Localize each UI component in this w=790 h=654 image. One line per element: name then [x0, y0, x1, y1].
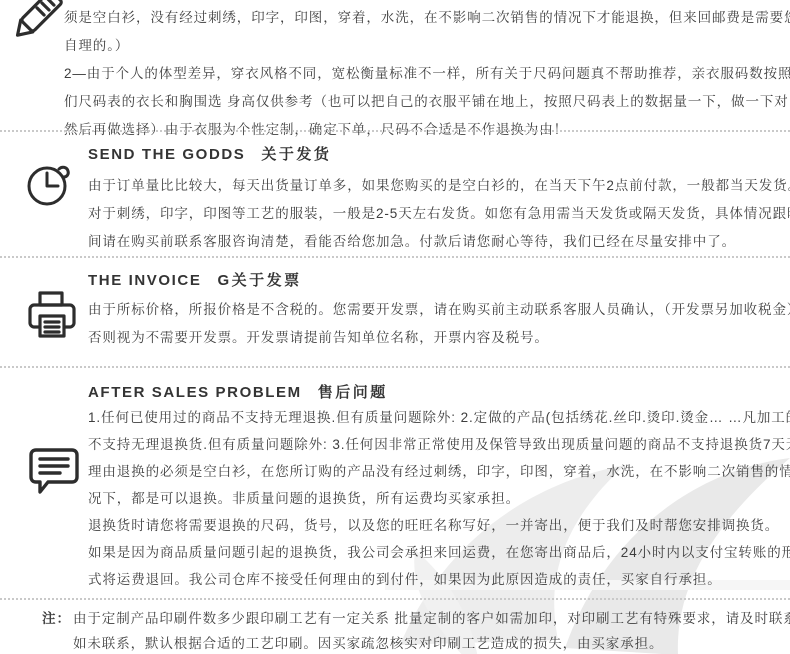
content-area: 须是空白衫，没有经过刺绣，印字，印图，穿着，水洗，在不影响二次销售的情况下才能退…	[0, 0, 790, 654]
text-line: 理由退换的必须是空白衫，在您所订购的产品没有经过刺绣，印字，印图，穿着，水洗，在…	[88, 458, 790, 485]
chat-bubble-icon	[26, 444, 82, 500]
text-line: 如果是因为商品质量问题引起的退换货，我公司会承担来回运费，在您寄出商品后，24小…	[88, 539, 790, 566]
aftersales-paragraph: 1.任何已使用过的商品不支持无理退换.但有质量问题除外: 2.定做的产品(包括绣…	[88, 404, 790, 593]
text-line: 须是空白衫，没有经过刺绣，印字，印图，穿着，水洗，在不影响二次销售的情况下才能退…	[64, 4, 790, 32]
text-line: 退换货时请您将需要退换的尺码，货号，以及您的旺旺名称写好，一并寄出，便于我们及时…	[88, 512, 790, 539]
note-lines: 由于定制产品印刷件数多少跟印刷工艺有一定关系 批量定制的客户如需加印，对印刷工艺…	[73, 606, 790, 654]
text-line: 式将运费退回。我公司仓库不接受任何理由的到付件，如果因为此原因造成的责任，买家自…	[88, 566, 790, 593]
dotted-divider	[0, 130, 790, 132]
section-title-shipping: SEND THE GODDS关于发货	[88, 143, 331, 164]
print-note: 注： 由于定制产品印刷件数多少跟印刷工艺有一定关系 批量定制的客户如需加印，对印…	[42, 606, 790, 654]
dotted-divider	[0, 256, 790, 258]
section-title-invoice: THE INVOICEG关于发票	[88, 269, 302, 290]
text-line: 不支持无理退换货.但有质量问题除外: 3.任何因非常正常使用及保管导致出现质量问…	[88, 431, 790, 458]
intro-paragraph: 须是空白衫，没有经过刺绣，印字，印图，穿着，水洗，在不影响二次销售的情况下才能退…	[64, 4, 790, 144]
text-line: 由于定制产品印刷件数多少跟印刷工艺有一定关系 批量定制的客户如需加印，对印刷工艺…	[73, 606, 790, 631]
text-line: 由于订单量比比较大，每天出货量订单多，如果您购买的是空白衫的，在当天下午2点前付…	[88, 172, 790, 200]
section-title-en: THE INVOICE	[88, 272, 201, 289]
section-title-cn: G关于发票	[217, 272, 301, 289]
printer-icon	[26, 290, 78, 346]
section-title-en: AFTER SALES PROBLEM	[88, 384, 302, 401]
text-line: 否则视为不需要开发票。开发票请提前告知单位名称，开票内容及税号。	[88, 324, 790, 352]
text-line: 1.任何已使用过的商品不支持无理退换.但有质量问题除外: 2.定做的产品(包括绣…	[88, 404, 790, 431]
note-prefix: 注：	[42, 606, 71, 654]
text-line: 自理的。）	[64, 32, 790, 60]
shipping-paragraph: 由于订单量比比较大，每天出货量订单多，如果您购买的是空白衫的，在当天下午2点前付…	[88, 172, 790, 256]
alarm-clock-icon	[24, 158, 74, 210]
text-line: 如未联系，默认根据合适的工艺印刷。因买家疏忽核实对印刷工艺造成的损失，由买家承担…	[73, 631, 790, 654]
dotted-divider	[0, 366, 790, 368]
section-title-cn: 关于发货	[261, 146, 331, 163]
text-line: 由于所标价格，所报价格是不含税的。您需要开发票，请在购买前主动联系客服人员确认，…	[88, 296, 790, 324]
text-line: 况下，都是可以退换。非质量问题的退换货，所有运费均买家承担。	[88, 485, 790, 512]
section-title-cn: 售后问题	[318, 384, 388, 401]
text-line: 对于刺绣，印字，印图等工艺的服装，一般是2-5天左右发货。如您有急用需当天发货或…	[88, 200, 790, 228]
text-line: 2—由于个人的体型差异，穿衣风格不同，宽松衡量标准不一样，所有关于尺码问题真不帮…	[64, 60, 790, 88]
text-line: 间请在购买前联系客服咨询清楚，看能否给您加急。付款后请您耐心等待，我们已经在尽量…	[88, 228, 790, 256]
invoice-paragraph: 由于所标价格，所报价格是不含税的。您需要开发票，请在购买前主动联系客服人员确认，…	[88, 296, 790, 352]
text-line: 们尺码表的衣长和胸围选 身高仅供参考（也可以把自己的衣服平铺在地上，按照尺码表上…	[64, 88, 790, 116]
product-description-page: 须是空白衫，没有经过刺绣，印字，印图，穿着，水洗，在不影响二次销售的情况下才能退…	[0, 0, 790, 654]
section-title-aftersales: AFTER SALES PROBLEM售后问题	[88, 381, 388, 402]
pen-icon	[2, 0, 72, 50]
section-title-en: SEND THE GODDS	[88, 146, 245, 163]
dotted-divider	[0, 598, 790, 600]
